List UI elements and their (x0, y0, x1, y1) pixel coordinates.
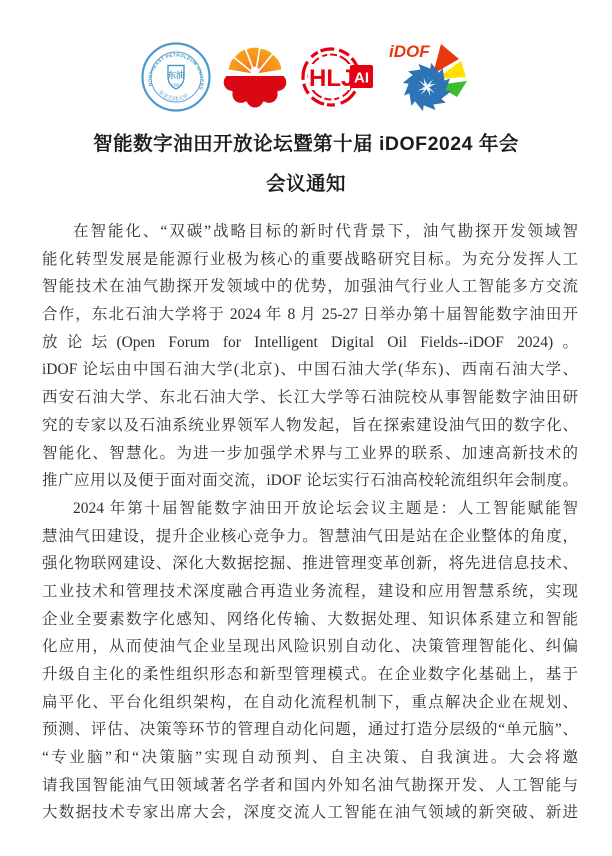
hljai-logo: HLJ AI (298, 40, 376, 114)
document-body: 在智能化、“双碳”战略目标的新时代背景下，油气勘探开发领域智 能化转型发展是能源… (42, 218, 578, 827)
body-line: 西安石油大学、东北石油大学、长江大学等石油院校从事智能数字油田研 (42, 384, 578, 412)
body-line: 扁平化、平台化组织架构，在自动化流程机制下，重点解决企业在规划、 (42, 689, 578, 717)
body-line: 升级自主化的柔性组织形态和新型管理模式。在企业数字化基础上，基于 (42, 661, 578, 689)
body-line: 化应用，从而使油气企业呈现出风险识别自动化、决策管理智能化、纠偏 (42, 633, 578, 661)
title-line-2: 会议通知 (0, 164, 612, 204)
body-line: 在智能化、“双碳”战略目标的新时代背景下，油气勘探开发领域智 (42, 218, 578, 246)
cnpc-logo (223, 44, 287, 110)
body-line: 慧油气田建设，提升企业核心竞争力。智慧油气田是站在企业整体的角度， (42, 523, 578, 551)
body-line: 大数据技术专家出席大会，深度交流人工智能在油气领域的新突破、新进 (42, 799, 578, 827)
body-line: 智能化、智慧化。为进一步加强学术界与工业界的联系、加速高新技术的 (42, 440, 578, 468)
body-line: 合作，东北石油大学将于 2024 年 8 月 25-27 日举办第十届智能数字油… (42, 301, 578, 329)
body-line: 放论坛(Open Forum for Intelligent Digital O… (42, 329, 578, 357)
title-line-1: 智能数字油田开放论坛暨第十届 iDOF2024 年会 (0, 124, 612, 164)
document-page: NORTHEAST PETROLEUM UNIVERSITY 东油 1960 东… (0, 0, 612, 856)
body-line: iDOF 论坛由中国石油大学(北京)、中国石油大学(华东)、西南石油大学、 (42, 356, 578, 384)
paragraph-1: 在智能化、“双碳”战略目标的新时代背景下，油气勘探开发领域智 能化转型发展是能源… (42, 218, 578, 495)
nepu-year-text: 1960 (171, 83, 181, 88)
body-line: 企业全要素数字化感知、网络化传输、大数据处理、知识体系建立和智能 (42, 606, 578, 634)
idof-wordmark: iDOF (389, 42, 430, 61)
body-line: 请我国智能油气田领域著名学者和国内外知名油气勘探开发、人工智能与 (42, 772, 578, 800)
body-line: 工业技术和管理技术深度融合再造业务流程，建设和应用智慧系统，实现 (42, 578, 578, 606)
nepu-seal-logo: NORTHEAST PETROLEUM UNIVERSITY 东油 1960 东… (140, 39, 212, 115)
nepu-emblem-text: 东油 (167, 70, 185, 80)
body-line: 究的专家以及石油系统业界领军人物发起，旨在探索建设油气田的数字化、 (42, 412, 578, 440)
body-line: 智能技术在油气勘探开发领域中的优势，加强油气行业人工智能多方交流 (42, 273, 578, 301)
paragraph-2: 2024 年第十届智能数字油田开放论坛会议主题是：人工智能赋能智 慧油气田建设，… (42, 495, 578, 827)
hljai-letters: HLJ (309, 65, 354, 92)
hljai-badge-text: AI (354, 70, 369, 87)
idof-logo: iDOF (387, 40, 473, 114)
body-line: 强化物联网建设、深化大数据挖掘、推进管理变革创新，将先进信息技术、 (42, 550, 578, 578)
document-title: 智能数字油田开放论坛暨第十届 iDOF2024 年会 会议通知 (0, 124, 612, 204)
body-line: 能化转型发展是能源行业极为核心的重要战略研究目标。为充分发挥人工 (42, 246, 578, 274)
body-line: “专业脑”和“决策脑”实现自动预判、自主决策、自我演进。大会将邀 (42, 744, 578, 772)
body-line: 2024 年第十届智能数字油田开放论坛会议主题是：人工智能赋能智 (42, 495, 578, 523)
body-line: 推广应用以及便于面对面交流，iDOF 论坛实行石油高校轮流组织年会制度。 (42, 467, 578, 495)
logo-row: NORTHEAST PETROLEUM UNIVERSITY 东油 1960 东… (0, 38, 612, 116)
body-line: 预测、评估、决策等环节的管理自动化问题，通过打造分层级的“单元脑”、 (42, 716, 578, 744)
